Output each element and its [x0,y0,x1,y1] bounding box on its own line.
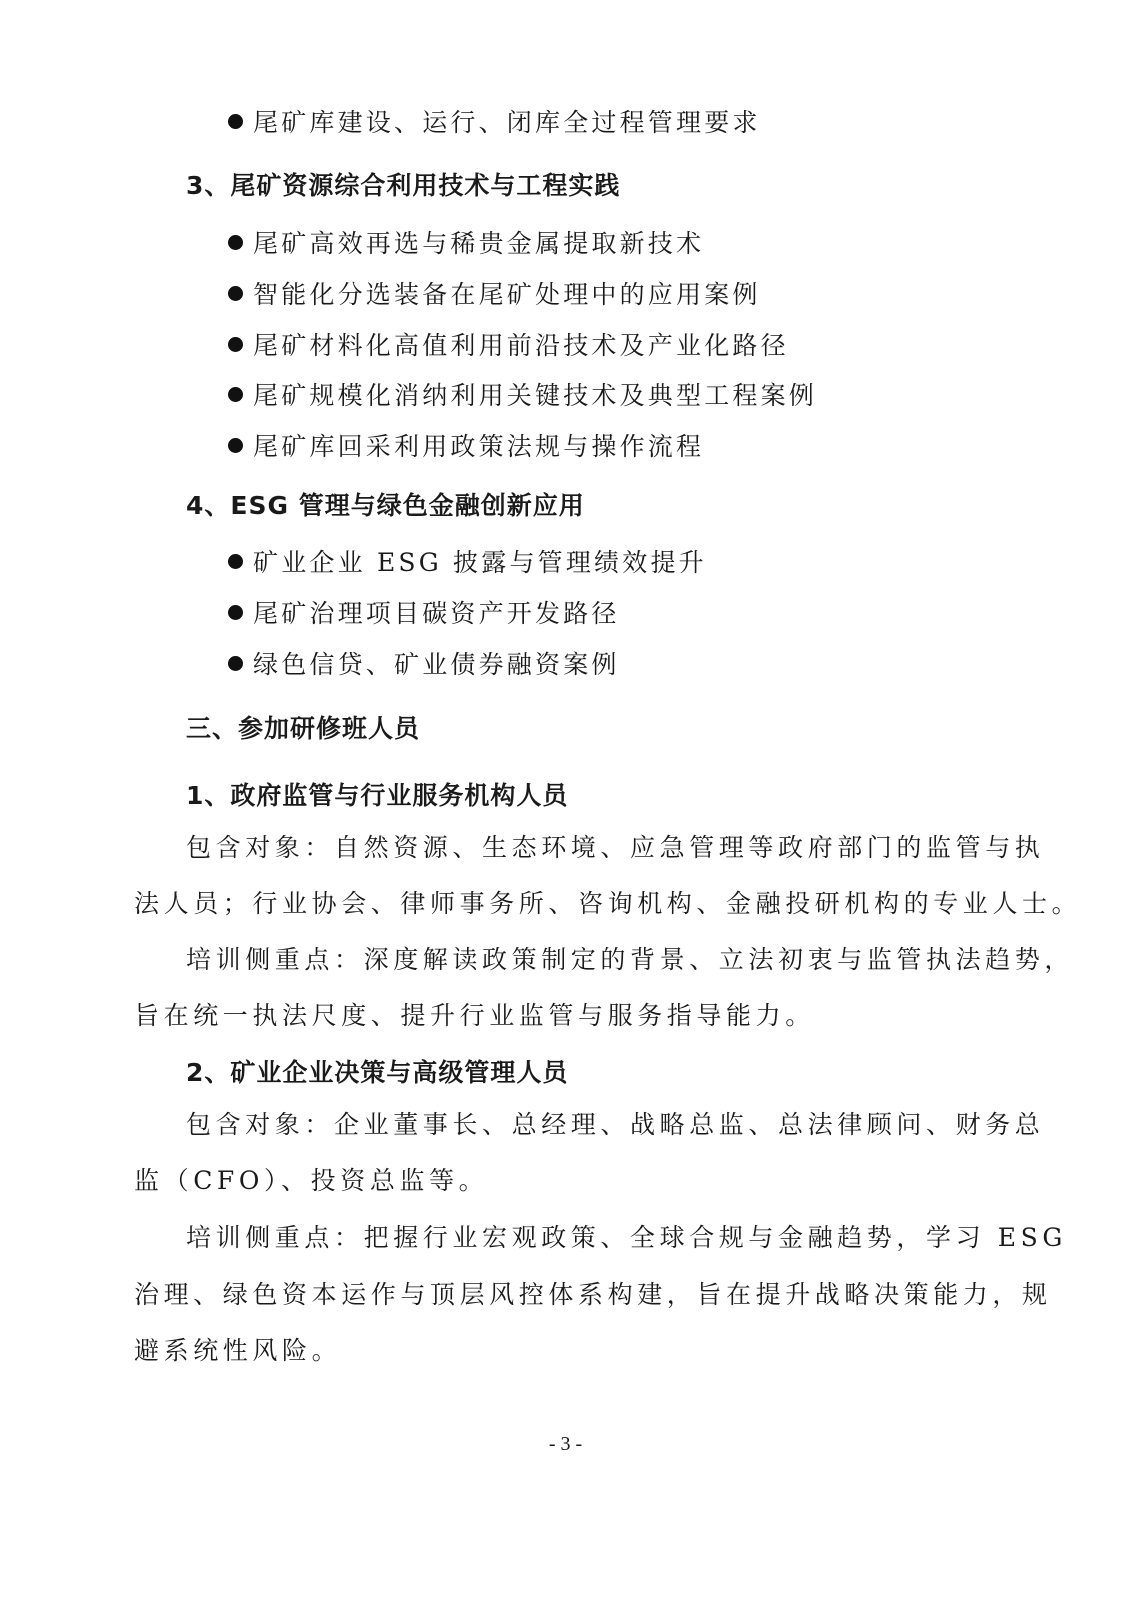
bullet-item: 尾矿材料化高值利用前沿技术及产业化路径 [228,331,789,361]
bullet-dot-icon [228,337,243,352]
bullet-dot-icon [228,438,243,453]
bullet-dot-icon [228,286,243,301]
paragraph-line: 法人员；行业协会、律师事务所、咨询机构、金融投研机构的专业人士。 [134,889,940,919]
page-number: - 3 - [0,1433,1131,1456]
bullet-dot-icon [228,235,243,250]
document-page: 尾矿库建设、运行、闭库全过程管理要求 3、尾矿资源综合利用技术与工程实践 尾矿高… [0,0,1131,1600]
section-heading-3: 3、尾矿资源综合利用技术与工程实践 [186,171,620,201]
bullet-item: 智能化分选装备在尾矿处理中的应用案例 [228,280,761,310]
bullet-item: 矿业企业 ESG 披露与管理绩效提升 [228,548,707,578]
bullet-text: 尾矿高效再选与稀贵金属提取新技术 [253,229,704,258]
bullet-item: 尾矿规模化消纳利用关键技术及典型工程案例 [228,381,817,411]
part-heading-participants: 三、参加研修班人员 [186,714,420,744]
paragraph-line: 包含对象：企业董事长、总经理、战略总监、总法律顾问、财务总 [186,1110,992,1140]
bullet-text: 尾矿材料化高值利用前沿技术及产业化路径 [253,331,789,360]
paragraph-line: 避系统性风险。 [134,1336,940,1366]
bullet-item: 尾矿治理项目碳资产开发路径 [228,599,620,629]
bullet-text: 尾矿规模化消纳利用关键技术及典型工程案例 [253,381,817,410]
bullet-item: 尾矿库回采利用政策法规与操作流程 [228,432,704,462]
bullet-text: 尾矿库建设、运行、闭库全过程管理要求 [253,108,761,137]
bullet-text: 绿色信贷、矿业债券融资案例 [253,650,620,679]
bullet-dot-icon [228,554,243,569]
bullet-text: 智能化分选装备在尾矿处理中的应用案例 [253,280,761,309]
paragraph-line: 监（CFO）、投资总监等。 [134,1166,940,1196]
paragraph-line: 培训侧重点：深度解读政策制定的背景、立法初衷与监管执法趋势， [186,945,992,975]
bullet-text: 尾矿治理项目碳资产开发路径 [253,599,620,628]
paragraph-line: 包含对象：自然资源、生态环境、应急管理等政府部门的监管与执 [186,833,992,863]
bullet-item: 绿色信贷、矿业债券融资案例 [228,650,620,680]
paragraph-line: 治理、绿色资本运作与顶层风控体系构建，旨在提升战略决策能力，规 [134,1280,940,1310]
bullet-dot-icon [228,605,243,620]
bullet-dot-icon [228,114,243,129]
paragraph-line: 培训侧重点：把握行业宏观政策、全球合规与金融趋势，学习 ESG [186,1223,992,1253]
bullet-dot-icon [228,656,243,671]
bullet-item: 尾矿高效再选与稀贵金属提取新技术 [228,229,704,259]
group-heading-1: 1、政府监管与行业服务机构人员 [186,781,568,811]
bullet-item: 尾矿库建设、运行、闭库全过程管理要求 [228,108,761,138]
group-heading-2: 2、矿业企业决策与高级管理人员 [186,1058,568,1088]
bullet-text: 矿业企业 ESG 披露与管理绩效提升 [253,548,707,577]
bullet-dot-icon [228,387,243,402]
bullet-text: 尾矿库回采利用政策法规与操作流程 [253,432,704,461]
paragraph-line: 旨在统一执法尺度、提升行业监管与服务指导能力。 [134,1001,940,1031]
section-heading-4: 4、ESG 管理与绿色金融创新应用 [186,491,585,521]
